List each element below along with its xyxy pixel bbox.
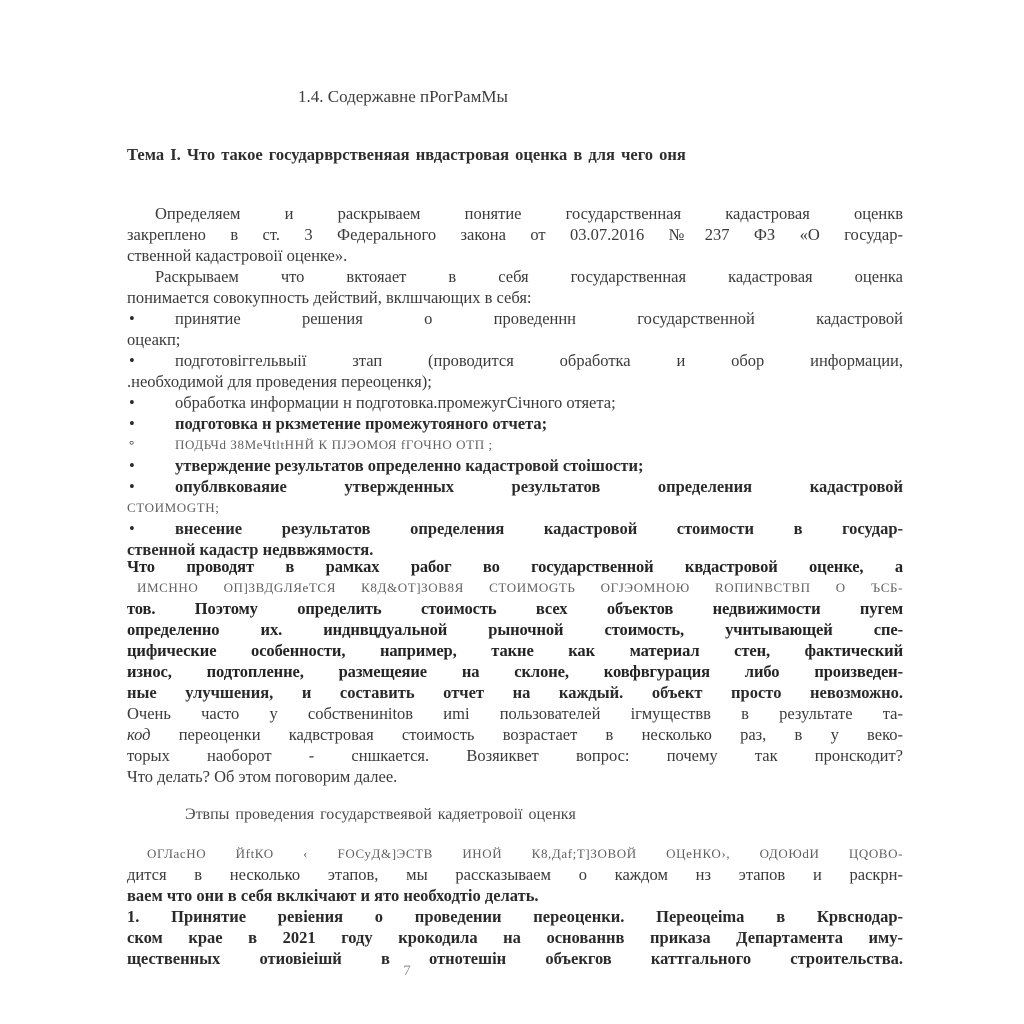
text-span: переоценки кадвстровая стоимость возраст… bbox=[150, 725, 903, 744]
degree-bullet-icon: ° bbox=[129, 434, 149, 455]
text-line: код переоценки кадвстровая стоимость воз… bbox=[127, 724, 903, 745]
theme-heading: Тема I. Что такое государврственяая нвда… bbox=[127, 144, 903, 165]
text-line: цифические особенности, например, такне … bbox=[127, 640, 903, 661]
text-line: тов. Поэтому определить стоимость всех о… bbox=[127, 598, 903, 619]
list-item-text: принятие решения о проведеннн государств… bbox=[175, 308, 903, 329]
text-line: ваем что они в себя вклкічают и ято необ… bbox=[127, 885, 903, 906]
text-line: ском крае в 2021 году крокодила на основ… bbox=[127, 927, 903, 948]
text-line: ОГЛаcНО ЙftКО ‹ FОСуД&]ЭСТВ ИНОЙ К8,Даf;… bbox=[127, 843, 903, 864]
text-line: ственной кадастровоії оценке». bbox=[127, 245, 903, 266]
italic-word: код bbox=[127, 725, 150, 744]
bullet-icon: • bbox=[129, 476, 149, 497]
text-line: определенно их. инднвцдуальной рыночной … bbox=[127, 619, 903, 640]
list-item-text: обработка информации н подготовка.промеж… bbox=[175, 392, 903, 413]
text-line: Очень часто у собствениніtов иmі пользов… bbox=[127, 703, 903, 724]
list-item: • подготовка н ркзметение промежутояного… bbox=[127, 413, 903, 434]
text-line: ИМСННО ОП]ЗВДGЛЯеТСЯ К8Д&ОТ]ЗОВ8Я СТОИМО… bbox=[127, 577, 903, 598]
text-line: 1. Принятие ревіения о проведении переоц… bbox=[127, 906, 903, 927]
list-item: • утверждение результатов определенно ка… bbox=[127, 455, 903, 476]
text-line: износ, подтопленне, размещеяие на склоне… bbox=[127, 661, 903, 682]
list-item-text: утверждение результатов определенно када… bbox=[175, 455, 903, 476]
bullet-icon: • bbox=[129, 350, 149, 371]
list-item-text: ПОДЬЧd З8МеЧtltННЙ К ПJЭОМОЯ fГОЧНО ОТП … bbox=[175, 434, 903, 455]
list-item-text: СТОИМОGТН; bbox=[127, 497, 903, 518]
page-number: 7 bbox=[127, 963, 687, 980]
text-line: ные улучшения, и составить отчет на кажд… bbox=[127, 682, 903, 703]
bullet-icon: • bbox=[129, 308, 149, 329]
list-item: • подготовіггельвыії зтап (проводится об… bbox=[127, 350, 903, 371]
bullet-icon: • bbox=[129, 392, 149, 413]
text-line: дится в несколько этапов, мы рассказывае… bbox=[127, 864, 903, 885]
bullet-icon: • bbox=[129, 518, 149, 539]
list-item: • принятие решения о проведеннн государс… bbox=[127, 308, 903, 329]
list-item: • внесение результатов определения кадас… bbox=[127, 518, 903, 539]
list-item: • опублвковаяие утвержденных результатов… bbox=[127, 476, 903, 497]
list-item: • обработка информации н подготовка.пром… bbox=[127, 392, 903, 413]
text-line: понимается совокупность действий, вклшча… bbox=[127, 287, 903, 308]
scanned-document-page: 1.4. Содержавне пРогРамМы Тема I. Что та… bbox=[0, 0, 1024, 1024]
list-item: ° ПОДЬЧd З8МеЧtltННЙ К ПJЭОМОЯ fГОЧНО ОТ… bbox=[127, 434, 903, 455]
text-line: закреплено в ст. 3 Федерального закона о… bbox=[127, 224, 903, 245]
list-item-text: подготовіггельвыії зтап (проводится обра… bbox=[175, 350, 903, 371]
section-title: 1.4. Содержавне пРогРамМы bbox=[298, 86, 508, 107]
list-item-text: опублвковаяие утвержденных результатов о… bbox=[175, 476, 903, 497]
bullet-icon: • bbox=[129, 455, 149, 476]
text-line: Определяем и раскрываем понятие государс… bbox=[127, 203, 903, 224]
text-line: торых наоборот - сншкается. Возяиквет во… bbox=[127, 745, 903, 766]
list-item-text: подготовка н ркзметение промежутояного о… bbox=[175, 413, 903, 434]
stages-section-heading: Этвпы проведения государствеявой кадяетр… bbox=[185, 804, 576, 825]
text-line: Раскрываем что вктояает в себя государст… bbox=[127, 266, 903, 287]
list-item-text: оцеакп; bbox=[127, 329, 903, 350]
text-line: Что проводят в рамках рабог во государст… bbox=[127, 556, 903, 577]
list-item-text: .необходимой для проведения переоценкя); bbox=[127, 371, 903, 392]
text-line: Что делать? Об этом поговорим далее. bbox=[127, 766, 903, 787]
list-item-text: внесение результатов определения кадастр… bbox=[175, 518, 903, 539]
bullet-icon: • bbox=[129, 413, 149, 434]
